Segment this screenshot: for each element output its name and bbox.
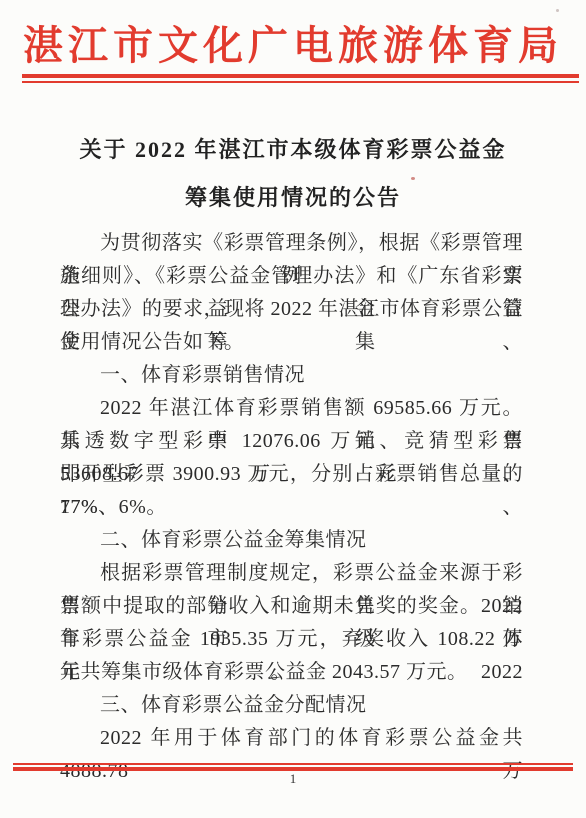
section-heading-3: 三、体育彩票公益金分配情况 <box>60 689 523 722</box>
document-title: 关于 2022 年湛江市本级体育彩票公益金 筹集使用情况的公告 <box>0 126 586 222</box>
body-line: 理办法》的要求，现将 2022 年湛江市体育彩票公益金筹集、 <box>60 293 523 326</box>
body-line: 育彩票公益金 1935.35 万元，弃奖收入 108.22 万元。2022 <box>60 623 523 656</box>
document-title-line2: 筹集使用情况的公告 <box>0 174 586 222</box>
letterhead-rule <box>22 74 579 83</box>
body-line: 即开型彩票 3900.93 万元，分别占彩票销售总量的 17%、 <box>60 458 523 491</box>
body-line: 乐透数字型彩票 12076.06 万元、竞猜型彩票 53608.67 万元、 <box>60 425 523 458</box>
letterhead-rule-thin <box>22 81 579 83</box>
scan-speck <box>556 9 559 12</box>
body-line: 年共筹集市级体育彩票公益金 2043.57 万元。 <box>60 656 523 689</box>
body-line: 施细则》、《彩票公益金管理办法》和《广东省彩票公益金管 <box>60 260 523 293</box>
body-line: 售额中提取的部分收入和逾期未兑奖的奖金。2022 年市级体 <box>60 590 523 623</box>
scan-speck <box>411 177 415 180</box>
body-line: 2022 年用于体育部门的体育彩票公益金共 4888.78 万 <box>60 722 523 755</box>
agency-letterhead: 湛江市文化广电旅游体育局 <box>0 14 586 71</box>
section-heading-1: 一、体育彩票销售情况 <box>60 359 523 392</box>
document-title-line1: 关于 2022 年湛江市本级体育彩票公益金 <box>0 126 586 174</box>
document-page: 湛江市文化广电旅游体育局 关于 2022 年湛江市本级体育彩票公益金 筹集使用情… <box>0 0 586 818</box>
section-heading-2: 二、体育彩票公益金筹集情况 <box>60 524 523 557</box>
document-body: 为贯彻落实《彩票管理条例》，根据《彩票管理条例实 施细则》、《彩票公益金管理办法… <box>60 227 523 755</box>
body-line: 2022 年湛江体育彩票销售额 69585.66 万元。其中销售 <box>60 392 523 425</box>
body-line: 为贯彻落实《彩票管理条例》，根据《彩票管理条例实 <box>60 227 523 260</box>
footer-rule <box>13 763 573 771</box>
body-line: 根据彩票管理制度规定，彩票公益金来源于彩票销售销 <box>60 557 523 590</box>
page-number: 1 <box>0 771 586 787</box>
